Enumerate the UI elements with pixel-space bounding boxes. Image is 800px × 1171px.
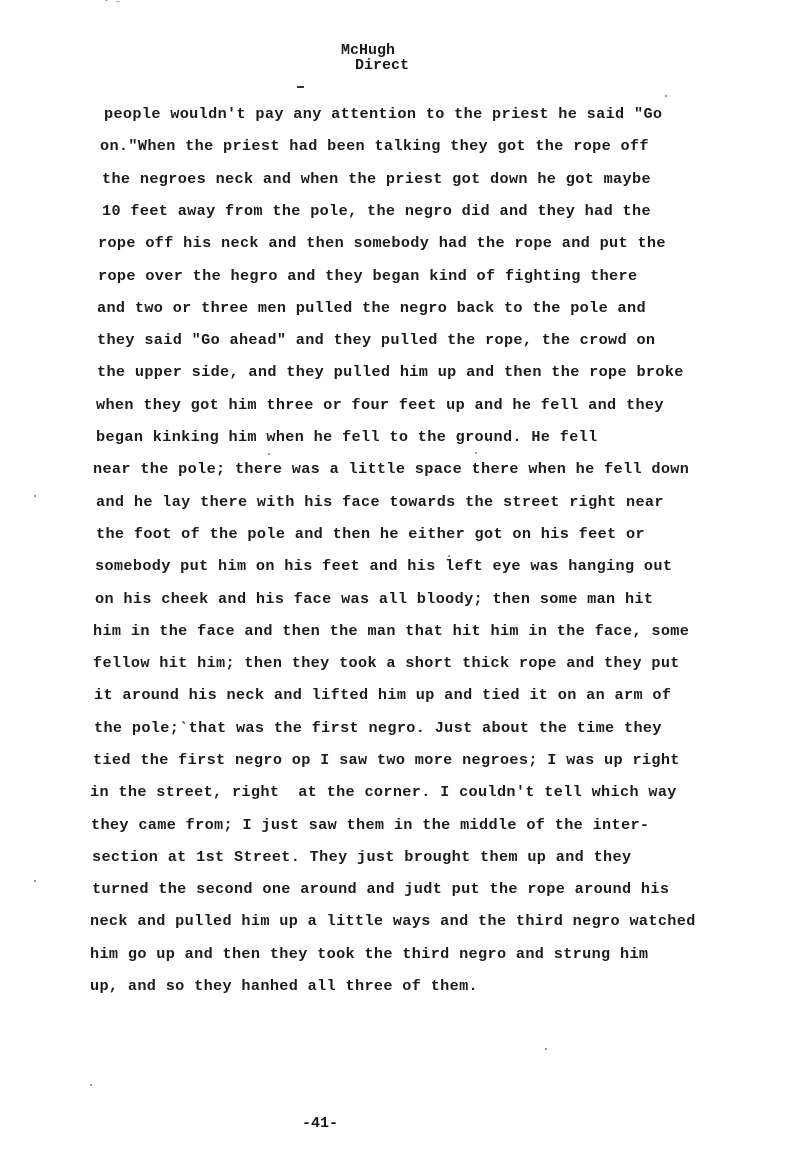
testimony-line: up, and so they hanhed all three of them… xyxy=(90,976,478,996)
corner-mark: ° – xyxy=(104,0,121,7)
testimony-line: they came from; I just saw them in the m… xyxy=(91,815,649,835)
testimony-line: on his cheek and his face was all bloody… xyxy=(95,589,653,609)
testimony-line: it around his neck and lifted him up and… xyxy=(94,685,671,705)
paper-speck xyxy=(90,1084,92,1086)
testimony-line: and two or three men pulled the negro ba… xyxy=(97,298,646,318)
testimony-line: rope off his neck and then somebody had … xyxy=(98,233,666,253)
testimony-line: rope over the hegro and they began kind … xyxy=(98,266,637,286)
page-number: -41- xyxy=(302,1115,338,1132)
testimony-line: the upper side, and they pulled him up a… xyxy=(97,362,684,382)
testimony-line: tied the first negro op I saw two more n… xyxy=(93,750,680,770)
paper-speck xyxy=(34,880,36,882)
testimony-line: somebody put him on his feet and his lef… xyxy=(95,556,672,576)
testimony-line: the foot of the pole and then he either … xyxy=(96,524,645,544)
paper-speck xyxy=(448,555,450,557)
testimony-line: him in the face and then the man that hi… xyxy=(93,621,689,641)
paper-speck xyxy=(268,453,270,455)
testimony-line: fellow hit him; then they took a short t… xyxy=(93,653,680,673)
testimony-line: the pole;`that was the first negro. Just… xyxy=(94,718,662,738)
paper-speck xyxy=(34,495,36,497)
paper-speck xyxy=(665,95,667,97)
examination-type-header: Direct xyxy=(355,57,409,74)
testimony-line: when they got him three or four feet up … xyxy=(96,395,664,415)
testimony-line: on."When the priest had been talking the… xyxy=(100,136,649,156)
paper-speck xyxy=(545,1048,547,1050)
paper-speck xyxy=(475,452,477,454)
testimony-line: and he lay there with his face towards t… xyxy=(96,492,664,512)
testimony-line: him go up and then they took the third n… xyxy=(90,944,648,964)
testimony-line: near the pole; there was a little space … xyxy=(93,459,689,479)
document-page: ° – McHugh Direct people wouldn't pay an… xyxy=(0,0,800,1171)
testimony-line: the negroes neck and when the priest got… xyxy=(102,169,651,189)
testimony-line: section at 1st Street. They just brought… xyxy=(92,847,631,867)
testimony-line: they said "Go ahead" and they pulled the… xyxy=(97,330,655,350)
testimony-line: began kinking him when he fell to the gr… xyxy=(96,427,598,447)
testimony-line: in the street, right at the corner. I co… xyxy=(90,782,677,802)
tick-mark xyxy=(297,86,304,88)
testimony-line: people wouldn't pay any attention to the… xyxy=(104,104,662,124)
testimony-line: turned the second one around and judt pu… xyxy=(92,879,669,899)
testimony-line: neck and pulled him up a little ways and… xyxy=(90,911,696,931)
testimony-line: 10 feet away from the pole, the negro di… xyxy=(102,201,651,221)
